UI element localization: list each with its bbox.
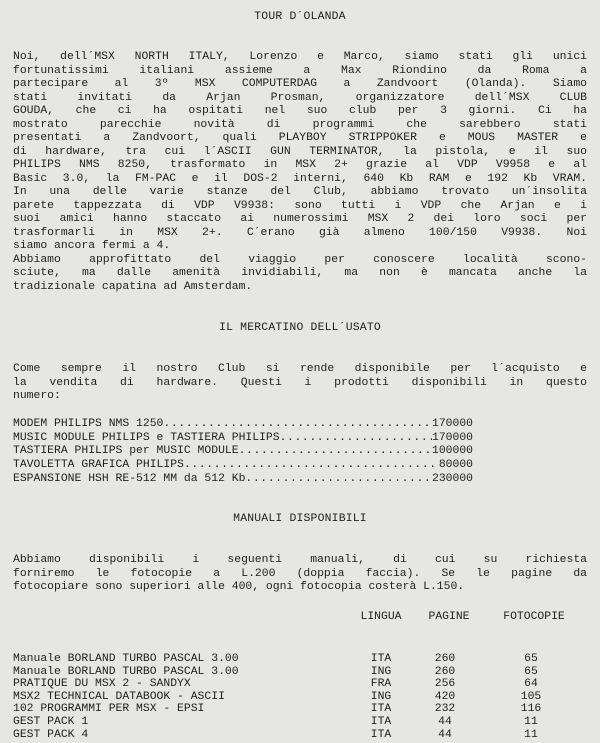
text-line: forniremo le fotocopie a L.200 (doppia f…: [13, 568, 587, 582]
dot-leader: [239, 445, 432, 459]
text-line: mostrato parecchie novità di programmi c…: [13, 119, 587, 133]
manual-copies: 65: [485, 653, 577, 666]
manuali-paragraph: Abbiamo disponibili i seguenti manuali, …: [13, 554, 587, 595]
item-name: MUSIC MODULE PHILIPS e TASTIERA PHILIPS: [13, 432, 280, 446]
manual-copies: 11: [485, 716, 577, 729]
manual-pages: 44: [417, 729, 473, 742]
manual-language: ITA: [353, 653, 409, 666]
manual-pages: 260: [417, 653, 473, 666]
list-item: TASTIERA PHILIPS per MUSIC MODULE100000: [13, 445, 473, 459]
text-line: la vendita di hardware. Questi i prodott…: [13, 377, 587, 391]
text-line: fortunatissimi italiani assieme a Max Ri…: [13, 65, 587, 79]
table-row: MSX2 TECHNICAL DATABOOK - ASCIIING420105: [13, 691, 593, 704]
price-list: MODEM PHILIPS NMS 1250170000MUSIC MODULE…: [13, 418, 473, 486]
text-line: di hardware, tra cui l´ASCII GUN TERMINA…: [13, 146, 587, 160]
text-line: partecipare al 3º MSX COMPUTERDAG a Zand…: [13, 78, 587, 92]
table-row: Manuale BORLAND TURBO PASCAL 3.00ITA2606…: [13, 653, 593, 666]
list-item: MODEM PHILIPS NMS 1250170000: [13, 418, 473, 432]
dot-leader: [163, 418, 432, 432]
header-lingua: LINGUA: [349, 611, 413, 624]
table-row: GEST PACK 4ITA4411: [13, 729, 593, 742]
text-line: Abbiamo disponibili i seguenti manuali, …: [13, 554, 587, 568]
manual-pages: 256: [417, 678, 473, 691]
table-row: Manuale BORLAND TURBO PASCAL 3.00ING2606…: [13, 666, 593, 679]
item-name: ESPANSIONE HSH RE-512 MM da 512 Kb: [13, 473, 245, 487]
manual-language: ITA: [353, 729, 409, 742]
text-line: siamo ancora fermi a 4.: [13, 240, 587, 254]
manual-title: 102 PROGRAMMI PER MSX - EPSI: [13, 703, 204, 716]
item-price: 80000: [439, 459, 473, 473]
manual-language: ITA: [353, 716, 409, 729]
text-line: sciute, ma dalle amenità invidiabili, ma…: [13, 267, 587, 281]
manual-pages: 232: [417, 703, 473, 716]
manual-pages: 420: [417, 691, 473, 704]
text-line: presentati a Zandvoort, quali PLAYBOY ST…: [13, 132, 587, 146]
manual-title: PRATIQUE DU MSX 2 - SANDYX: [13, 678, 191, 691]
manual-pages: 44: [417, 716, 473, 729]
item-name: TASTIERA PHILIPS per MUSIC MODULE: [13, 445, 239, 459]
table-row: 102 PROGRAMMI PER MSX - EPSIITA232116: [13, 703, 593, 716]
manual-language: FRA: [353, 678, 409, 691]
list-item: MUSIC MODULE PHILIPS e TASTIERA PHILIPS1…: [13, 432, 473, 446]
manual-title: MSX2 TECHNICAL DATABOOK - ASCII: [13, 691, 225, 704]
text-line: stati invitati da Arjan Prosman, organiz…: [13, 92, 587, 106]
section-title-manuali: MANUALI DISPONIBILI: [0, 513, 600, 525]
section-title-mercatino: IL MERCATINO DELL´USATO: [0, 322, 600, 334]
item-name: MODEM PHILIPS NMS 1250: [13, 418, 163, 432]
item-price: 230000: [432, 473, 473, 487]
text-line: Abbiamo approfittato del viaggio per con…: [13, 254, 587, 268]
dot-leader: [245, 473, 432, 487]
text-line: tradizionale capatina ad Amsterdam.: [13, 281, 587, 295]
manual-title: Manuale BORLAND TURBO PASCAL 3.00: [13, 653, 239, 666]
mercatino-paragraph: Come sempre il nostro Club si rende disp…: [13, 363, 587, 404]
manual-copies: 11: [485, 729, 577, 742]
manual-copies: 65: [485, 666, 577, 679]
document-page: TOUR D´OLANDA Noi, dell´MSX NORTH ITALY,…: [0, 0, 600, 743]
manual-title: GEST PACK 4: [13, 729, 88, 742]
item-price: 170000: [432, 418, 473, 432]
manual-copies: 64: [485, 678, 577, 691]
tour-paragraph: Noi, dell´MSX NORTH ITALY, Lorenzo e Mar…: [13, 51, 587, 294]
table-row: PRATIQUE DU MSX 2 - SANDYXFRA25664: [13, 678, 593, 691]
header-pagine: PAGINE: [417, 611, 481, 624]
section-title-tour: TOUR D´OLANDA: [0, 11, 600, 23]
manual-copies: 105: [485, 691, 577, 704]
text-line: Come sempre il nostro Club si rende disp…: [13, 363, 587, 377]
manual-copies: 116: [485, 703, 577, 716]
text-line: GOUDA, che ci ha ospitati nel suo club p…: [13, 105, 587, 119]
text-line: In una delle varie stanze del Club, abbi…: [13, 186, 587, 200]
text-line: suoi amici hanno staccato ai numerossimi…: [13, 213, 587, 227]
text-line: fotocopiare sono superiori alle 400, ogn…: [13, 581, 587, 595]
list-item: TAVOLETTA GRAFICA PHILIPS80000: [13, 459, 473, 473]
manual-title: GEST PACK 1: [13, 716, 88, 729]
table-header: LINGUA PAGINE FOTOCOPIE: [13, 611, 593, 624]
manual-language: ITA: [353, 703, 409, 716]
text-line: trasformarli in MSX 2+. C´erano già alme…: [13, 227, 587, 241]
text-line: numero:: [13, 390, 587, 404]
manual-language: ING: [353, 666, 409, 679]
item-price: 170000: [432, 432, 473, 446]
text-line: Basic 3.0, la FM-PAC e il DOS-2 interni,…: [13, 173, 587, 187]
dot-leader: [184, 459, 439, 473]
item-price: 100000: [432, 445, 473, 459]
item-name: TAVOLETTA GRAFICA PHILIPS: [13, 459, 184, 473]
list-item: ESPANSIONE HSH RE-512 MM da 512 Kb230000: [13, 473, 473, 487]
manual-language: ING: [353, 691, 409, 704]
manual-pages: 260: [417, 666, 473, 679]
manual-title: Manuale BORLAND TURBO PASCAL 3.00: [13, 666, 239, 679]
text-line: parete tappezzata di VDP V9938: sono tut…: [13, 200, 587, 214]
text-line: Noi, dell´MSX NORTH ITALY, Lorenzo e Mar…: [13, 51, 587, 65]
dot-leader: [280, 432, 432, 446]
text-line: PHILIPS NMS 8250, trasformato in MSX 2+ …: [13, 159, 587, 173]
header-fotocopie: FOTOCOPIE: [489, 611, 579, 624]
table-row: GEST PACK 1ITA4411: [13, 716, 593, 729]
